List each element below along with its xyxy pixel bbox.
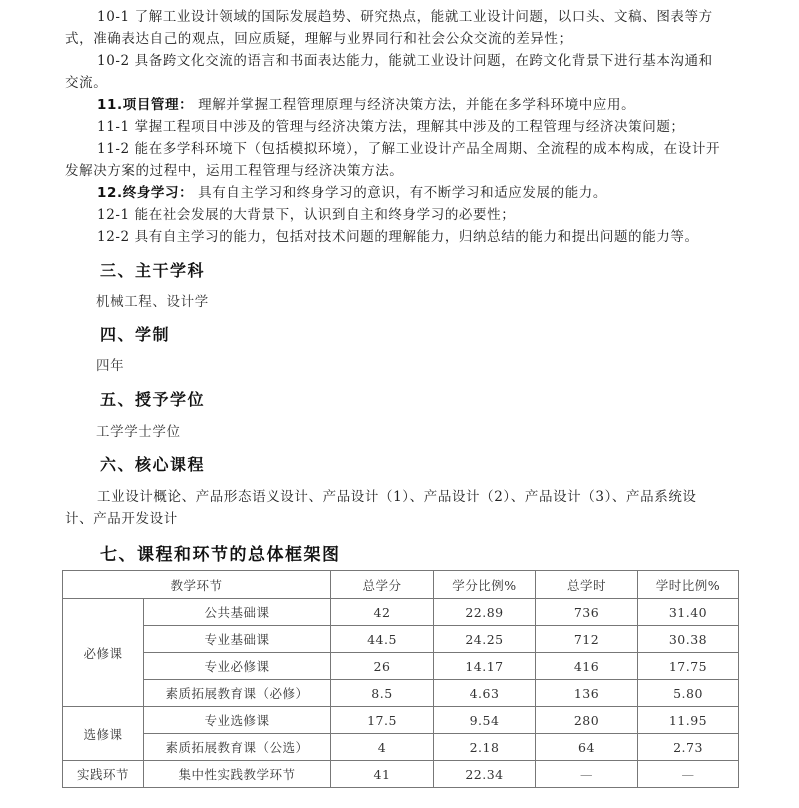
degree-value: 工学学士学位 [96,420,181,440]
hour-percent: 2.73 [638,734,739,761]
credit-percent: 14.17 [434,653,536,680]
outcome-12-desc: 具有自主学习和终身学习的意识，有不断学习和适应发展的能力。 [193,185,607,201]
course-name: 集中性实践教学环节 [144,761,331,788]
group-practice: 实践环节 [63,761,144,788]
hours: 136 [536,680,638,707]
credit-percent: 4.63 [434,680,536,707]
credits: 44.5 [331,626,434,653]
table-row: 实践环节 集中性实践教学环节 41 22.34 — — [63,761,739,788]
course-name: 专业选修课 [144,707,331,734]
credits: 41 [331,761,434,788]
credits: 17.5 [331,707,434,734]
hours: 280 [536,707,638,734]
table-header-row: 教学环节 总学分 学分比例% 总学时 学时比例% [63,571,739,599]
outcome-11-1: 11-1 掌握工程项目中涉及的管理与经济决策方法，理解其中涉及的工程管理与经济决… [65,116,737,138]
course-framework-table: 教学环节 总学分 学分比例% 总学时 学时比例% 必修课 公共基础课 42 22… [62,570,739,788]
outcome-10-2-line1: 10-2 具备跨文化交流的语言和书面表达能力，能就工业设计问题，在跨文化背景下进… [65,50,737,72]
credit-percent: 22.34 [434,761,536,788]
duration-value: 四年 [96,354,124,374]
section-heading-main-discipline: 三、主干学科 [100,258,205,281]
outcome-11-desc: 理解并掌握工程管理原理与经济决策方法，并能在多学科环境中应用。 [193,97,635,113]
course-name: 专业必修课 [144,653,331,680]
hour-percent: — [638,761,739,788]
credit-percent: 9.54 [434,707,536,734]
credits: 42 [331,599,434,626]
outcome-10-1-line1: 10-1 了解工业设计领域的国际发展趋势、研究热点，能就工业设计问题，以口头、文… [65,6,737,28]
header-total-credits: 总学分 [331,571,434,599]
hour-percent: 30.38 [638,626,739,653]
outcome-12-title: 12.终身学习： [97,185,193,201]
outcome-12-2: 12-2 具有自主学习的能力，包括对技术问题的理解能力，归纳总结的能力和提出问题… [65,226,737,248]
section-heading-core-courses: 六、核心课程 [100,452,205,475]
section-heading-degree: 五、授予学位 [100,387,205,410]
hours: 712 [536,626,638,653]
credit-percent: 24.25 [434,626,536,653]
course-name: 专业基础课 [144,626,331,653]
hour-percent: 11.95 [638,707,739,734]
outcome-11-2-line1: 11-2 能在多学科环境下（包括模拟环境），了解工业设计产品全周期、全流程的成本… [65,138,737,160]
table-row: 选修课 专业选修课 17.5 9.54 280 11.95 [63,707,739,734]
main-discipline-value: 机械工程、设计学 [96,290,209,310]
outcome-12-1: 12-1 能在社会发展的大背景下，认识到自主和终身学习的必要性； [65,204,737,226]
section-heading-framework: 七、课程和环节的总体框架图 [100,540,341,565]
group-required: 必修课 [63,599,144,707]
hour-percent: 31.40 [638,599,739,626]
section-heading-duration: 四、学制 [100,322,170,345]
outcome-12-heading: 12.终身学习： 具有自主学习和终身学习的意识，有不断学习和适应发展的能力。 [65,182,737,204]
hours: 64 [536,734,638,761]
hours: 736 [536,599,638,626]
outcome-10-1-line2: 式，准确表达自己的观点，回应质疑，理解与业界同行和社会公众交流的差异性； [65,28,737,50]
document-page: 10-1 了解工业设计领域的国际发展趋势、研究热点，能就工业设计问题，以口头、文… [0,0,799,808]
core-courses-line1: 工业设计概论、产品形态语义设计、产品设计（1）、产品设计（2）、产品设计（3）、… [65,486,737,508]
credit-percent: 22.89 [434,599,536,626]
course-name: 公共基础课 [144,599,331,626]
hour-percent: 17.75 [638,653,739,680]
hours: 416 [536,653,638,680]
table-row: 专业基础课 44.5 24.25 712 30.38 [63,626,739,653]
credits: 26 [331,653,434,680]
credits: 4 [331,734,434,761]
table-row: 专业必修课 26 14.17 416 17.75 [63,653,739,680]
outcome-11-2-line2: 发解决方案的过程中，运用工程管理与经济决策方法。 [65,160,737,182]
header-credit-percent: 学分比例% [434,571,536,599]
course-name: 素质拓展教育课（必修） [144,680,331,707]
header-teaching-segment: 教学环节 [63,571,331,599]
outcome-10-2-line2: 交流。 [65,72,737,94]
core-courses-line2: 计、产品开发设计 [65,508,737,530]
table-row: 素质拓展教育课（公选） 4 2.18 64 2.73 [63,734,739,761]
table-row: 必修课 公共基础课 42 22.89 736 31.40 [63,599,739,626]
group-elective: 选修课 [63,707,144,761]
hour-percent: 5.80 [638,680,739,707]
credit-percent: 2.18 [434,734,536,761]
outcome-11-heading: 11.项目管理： 理解并掌握工程管理原理与经济决策方法，并能在多学科环境中应用。 [65,94,737,116]
header-total-hours: 总学时 [536,571,638,599]
credits: 8.5 [331,680,434,707]
table-row: 素质拓展教育课（必修） 8.5 4.63 136 5.80 [63,680,739,707]
hours: — [536,761,638,788]
outcome-11-title: 11.项目管理： [97,97,193,113]
header-hour-percent: 学时比例% [638,571,739,599]
course-name: 素质拓展教育课（公选） [144,734,331,761]
